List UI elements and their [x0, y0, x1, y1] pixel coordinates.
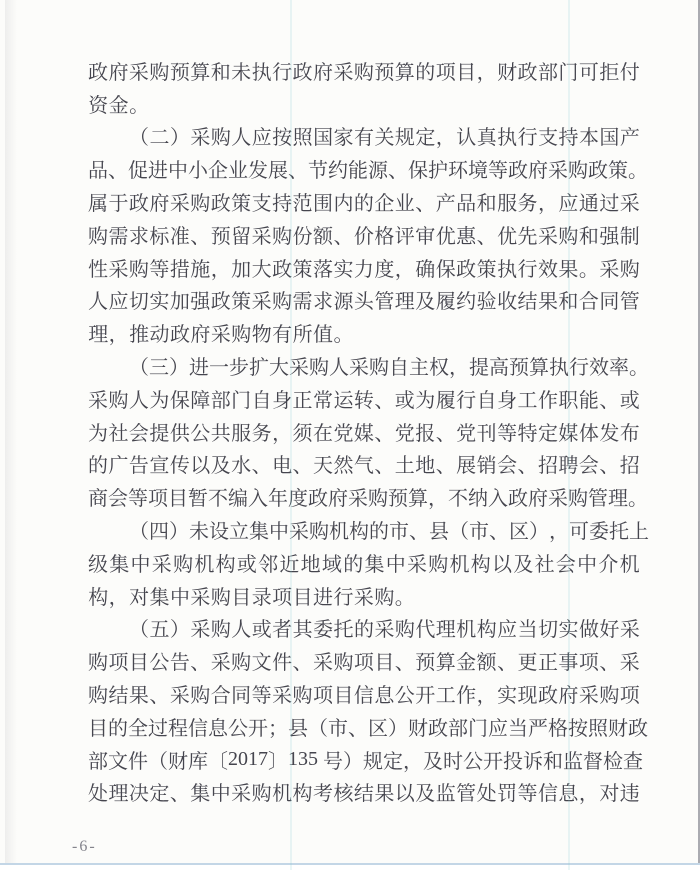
left-edge-shadow — [5, 0, 17, 870]
text-line: （四）未设立集中采购机构的市、县（市、区），可委托上 — [88, 513, 640, 546]
text-line: 商会等项目暂不编入年度政府采购预算，不纳入政府采购管理。 — [88, 480, 640, 513]
text-line: 政府采购预算和未执行政府采购预算的项目，财政部门可拒付 — [88, 54, 640, 87]
text-line: 构，对集中采购目录项目进行采购。 — [88, 579, 640, 612]
text-line: 采购人为保障部门自身正常运转、或为履行自身工作职能、或 — [88, 382, 640, 415]
text-line: 部文件（财库〔2017〕135 号）规定，及时公开投诉和监督检查 — [88, 743, 640, 776]
text-line: （二）采购人应按照国家有关规定，认真执行支持本国产 — [88, 120, 640, 153]
text-line: 性采购等措施，加大政策落实力度，确保政策执行效果。采购 — [88, 251, 640, 284]
text-line: （三）进一步扩大采购人采购自主权，提高预算执行效率。 — [88, 349, 640, 382]
text-line: 属于政府采购政策支持范围内的企业、产品和服务，应通过采 — [88, 185, 640, 218]
text-line: 购结果、采购合同等采购项目信息公开工作，实现政府采购项 — [88, 677, 640, 710]
text-line: （五）采购人或者其委托的采购代理机构应当切实做好采 — [88, 612, 640, 645]
text-line: 为社会提供公共服务，须在党媒、党报、党刊等特定媒体发布 — [88, 415, 640, 448]
bottom-white-strip — [0, 865, 700, 870]
text-line: 目的全过程信息公开；县（市、区）财政部门应当严格按照财政 — [88, 710, 640, 743]
document-page: 政府采购预算和未执行政府采购预算的项目，财政部门可拒付资金。（二）采购人应按照国… — [0, 0, 700, 870]
text-line: 理，推动政府采购物有所值。 — [88, 316, 640, 349]
page-number: -6- — [72, 838, 97, 856]
document-body: 政府采购预算和未执行政府采购预算的项目，财政部门可拒付资金。（二）采购人应按照国… — [88, 54, 640, 808]
text-line: 级集中采购机构或邻近地域的集中采购机构以及社会中介机 — [88, 546, 640, 579]
text-line: 品、促进中小企业发展、节约能源、保护环境等政府采购政策。 — [88, 152, 640, 185]
text-line: 人应切实加强政策采购需求源头管理及履约验收结果和合同管 — [88, 284, 640, 317]
text-line: 购需求标准、预留采购份额、价格评审优惠、优先采购和强制 — [88, 218, 640, 251]
text-line: 资金。 — [88, 87, 640, 120]
text-line: 处理决定、集中采购机构考核结果以及监管处罚等信息，对违 — [88, 776, 640, 809]
text-line: 购项目公告、采购文件、采购项目、预算金额、更正事项、采 — [88, 644, 640, 677]
text-line: 的广告宣传以及水、电、天然气、土地、展销会、招聘会、招 — [88, 448, 640, 481]
